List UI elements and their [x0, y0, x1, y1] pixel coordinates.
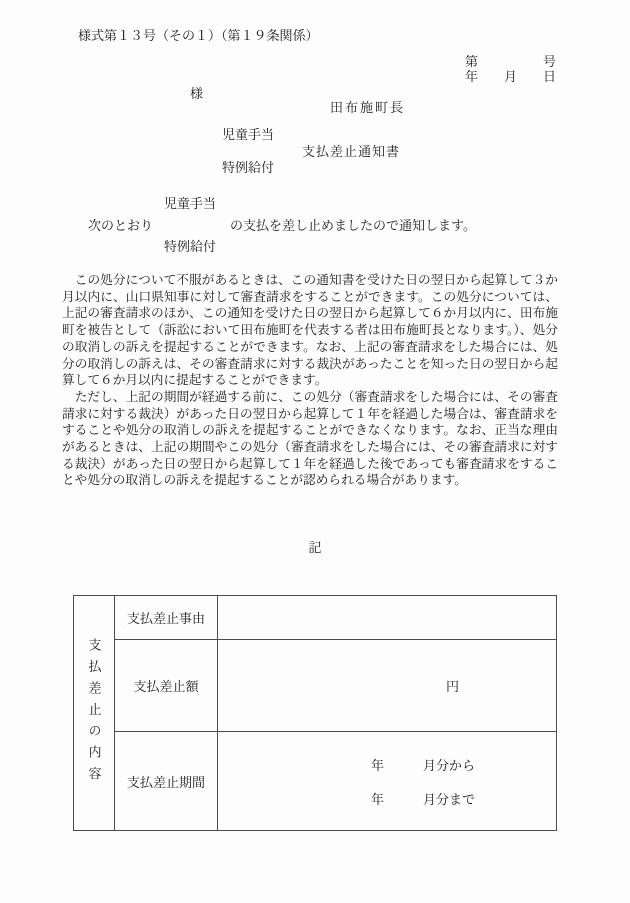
- title-option-jidou-teate: 児童手当: [222, 128, 274, 143]
- notice-title: 支払差止通知書: [302, 145, 400, 160]
- label-suspension-amount: 支払差止額: [114, 639, 217, 731]
- appeal-paragraph-1: この処分について不服があるときは、この通知書を受けた日の翌日から起算して３か月以…: [62, 272, 558, 389]
- label-suspension-amount-text: 支払差止額: [133, 676, 198, 695]
- table-side-header: 支払差止の内容: [85, 638, 104, 788]
- label-suspension-reason: 支払差止事由: [114, 596, 217, 639]
- notice-option-jidou-teate: 児童手当: [164, 197, 216, 212]
- notice-option-tokurei-kyuufu: 特例給付: [164, 240, 216, 255]
- suspension-details-table: 支払差止の内容 支払差止事由 支払差止額 円 支払差止期間 年 月分から 年 月…: [73, 595, 557, 831]
- period-from-line: 年 月分から: [371, 755, 556, 774]
- label-suspension-period-text: 支払差止期間: [127, 772, 205, 791]
- table-side-header-cell: 支払差止の内容: [74, 596, 114, 830]
- document-number-line: 第 号: [465, 55, 556, 70]
- appeal-instructions: この処分について不服があるときは、この通知書を受けた日の翌日から起算して３か月以…: [62, 272, 558, 489]
- form-number: 様式第１３号（その１）（第１９条関係）: [78, 29, 319, 44]
- label-suspension-reason-text: 支払差止事由: [127, 608, 205, 627]
- date-line: 年 月 日: [465, 70, 556, 85]
- appeal-paragraph-2: ただし、上記の期間が経過する前に、この処分（審査請求をした場合には、その審査請求…: [62, 389, 558, 489]
- label-suspension-period: 支払差止期間: [114, 731, 217, 830]
- document-page: 様式第１３号（その１）（第１９条関係） 第 号 年 月 日 様 田布施町長 児童…: [0, 0, 630, 903]
- cell-suspension-reason: [217, 596, 556, 639]
- notice-sentence-suffix: の支払を差し止めましたので通知します。: [230, 219, 476, 234]
- addressee-honorific: 様: [190, 87, 203, 102]
- period-to-line: 年 月分まで: [371, 789, 556, 808]
- cell-suspension-period: 年 月分から 年 月分まで: [217, 731, 556, 830]
- ki-separator: 記: [0, 541, 630, 556]
- sender-title: 田布施町長: [330, 101, 405, 116]
- notice-sentence-prefix: 次のとおり: [88, 219, 153, 234]
- title-option-tokurei-kyuufu: 特例給付: [222, 161, 274, 176]
- cell-suspension-amount: 円: [217, 639, 556, 731]
- amount-unit-yen: 円: [446, 676, 459, 695]
